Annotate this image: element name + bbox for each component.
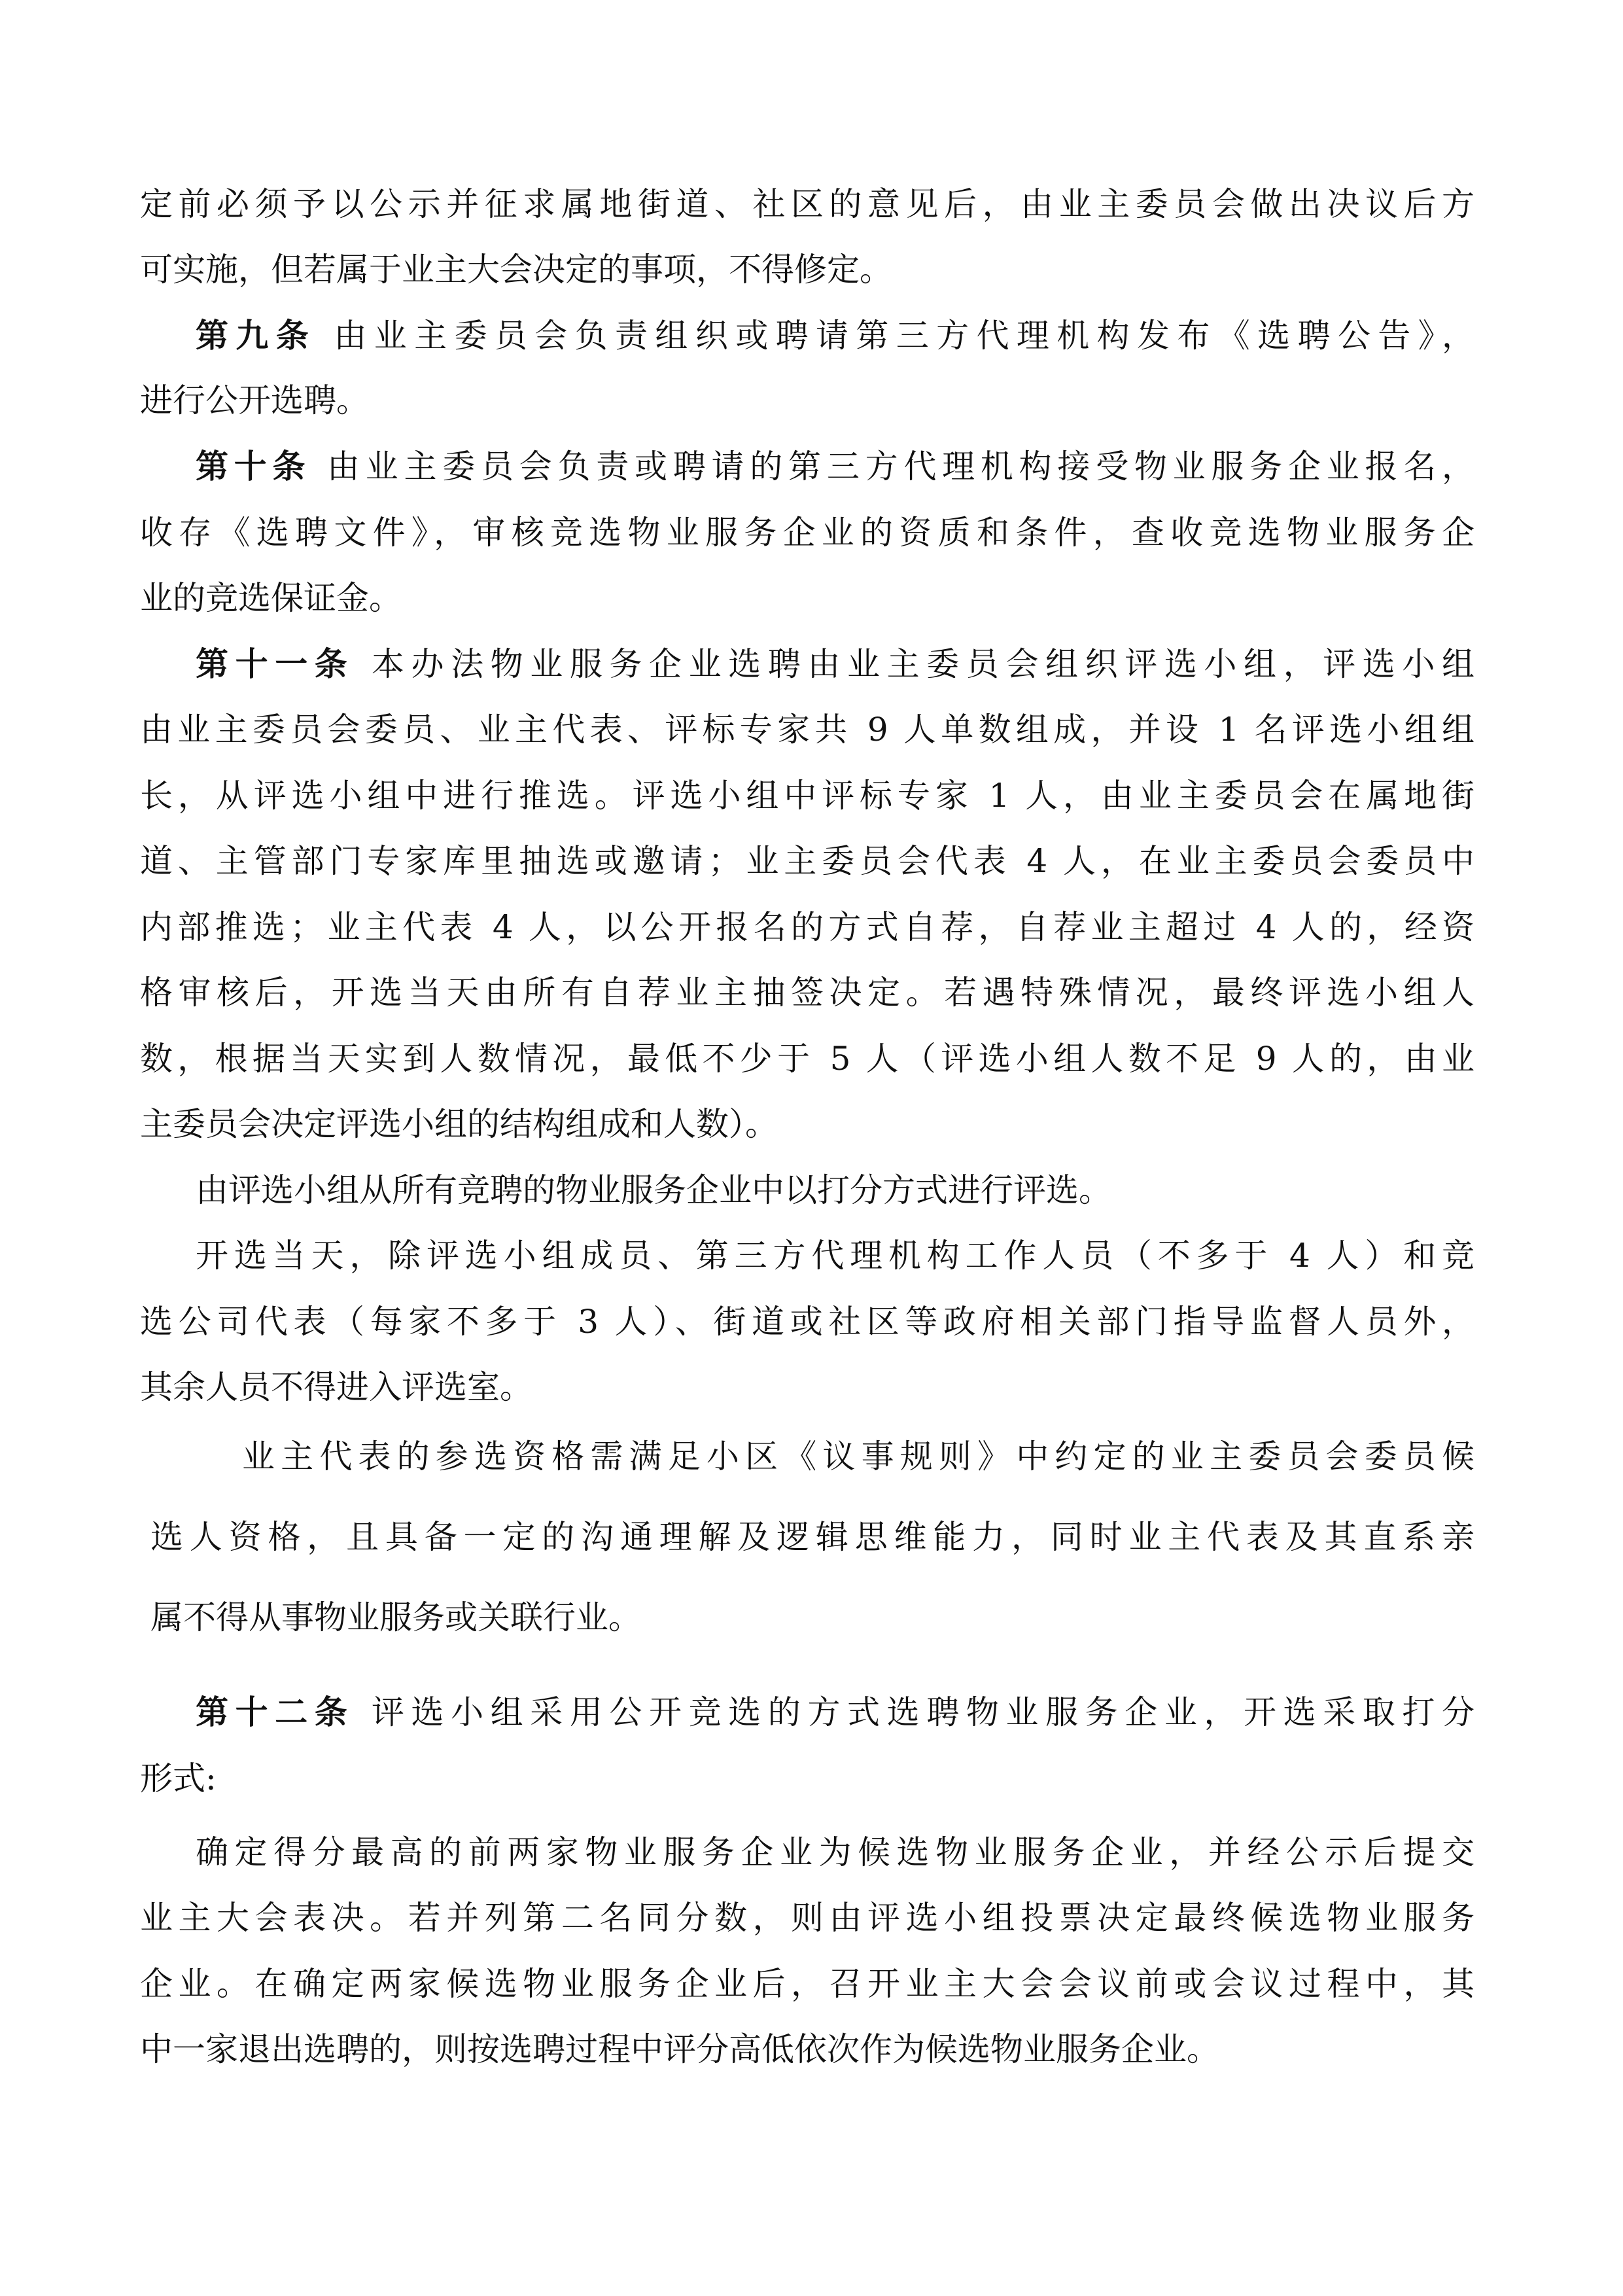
text-line: 长，从评选小组中进行推选。评选小组中评标专家 1 人，由业主委员会在属地街 [140, 769, 1475, 822]
text-line: 选人资格，且具备一定的沟通理解及逻辑思维能力，同时业主代表及其直系亲 [150, 1511, 1475, 1563]
text-line: 由业主委员会委员、业主代表、评标专家共 9 人单数组成，并设 1 名评选小组组 [140, 703, 1475, 756]
text-line: 主委员会决定评选小组的结构组成和人数）。 [140, 1098, 1475, 1150]
article-heading: 第十一条 [196, 645, 354, 683]
text-line: 企业。在确定两家候选物业服务企业后，召开业主大会会议前或会议过程中，其 [140, 1958, 1475, 2010]
article-text: 本办法物业服务企业选聘由业主委员会组织评选小组，评选小组 [354, 645, 1475, 683]
article-9-line: 第九条 由业主委员会负责组织或聘请第三方代理机构发布《选聘公告》， [196, 309, 1475, 362]
article-12-line: 第十二条 评选小组采用公开竞选的方式选聘物业服务企业，开选采取打分 [196, 1686, 1475, 1739]
text-line: 业的竞选保证金。 [140, 572, 1475, 624]
text-line: 其余人员不得进入评选室。 [140, 1361, 1475, 1413]
text-line: 数，根据当天实到人数情况，最低不少于 5 人（评选小组人数不足 9 人的，由业 [140, 1033, 1475, 1085]
text-line: 格审核后，开选当天由所有自荐业主抽签决定。若遇特殊情况，最终评选小组人 [140, 966, 1475, 1019]
document-page: 定前必须予以公示并征求属地街道、社区的意见后，由业主委员会做出决议后方 可实施，… [0, 0, 1623, 2296]
article-text: 评选小组采用公开竞选的方式选聘物业服务企业，开选采取打分 [354, 1693, 1475, 1731]
article-heading: 第十条 [196, 447, 311, 486]
text-line: 选公司代表（每家不多于 3 人）、街道或社区等政府相关部门指导监督人员外， [140, 1296, 1475, 1348]
article-text: 由业主委员会负责或聘请的第三方代理机构接受物业服务企业报名， [311, 448, 1475, 486]
text-line: 可实施，但若属于业主大会决定的事项，不得修定。 [140, 243, 1475, 296]
text-line: 定前必须予以公示并征求属地街道、社区的意见后，由业主委员会做出决议后方 [140, 178, 1475, 230]
article-text: 由业主委员会负责组织或聘请第三方代理机构发布《选聘公告》， [316, 317, 1475, 355]
text-line: 形式: [140, 1752, 1475, 1805]
text-line: 中一家退出选聘的，则按选聘过程中评分高低依次作为候选物业服务企业。 [140, 2023, 1475, 2075]
text-line: 开选当天，除评选小组成员、第三方代理机构工作人员（不多于 4 人）和竞 [196, 1229, 1475, 1282]
article-heading: 第十二条 [196, 1693, 354, 1731]
text-line: 业主代表的参选资格需满足小区《议事规则》中约定的业主委员会委员候 [242, 1430, 1475, 1483]
text-line: 由评选小组从所有竞聘的物业服务企业中以打分方式进行评选。 [196, 1164, 1475, 1216]
text-line: 内部推选；业主代表 4 人，以公开报名的方式自荐，自荐业主超过 4 人的，经资 [140, 901, 1475, 953]
text-line: 道、主管部门专家库里抽选或邀请；业主委员会代表 4 人，在业主委员会委员中 [140, 835, 1475, 887]
text-line: 确定得分最高的前两家物业服务企业为候选物业服务企业，并经公示后提交 [196, 1826, 1475, 1879]
article-heading: 第九条 [196, 316, 316, 355]
text-line: 属不得从事物业服务或关联行业。 [150, 1591, 1485, 1644]
text-line: 进行公开选聘。 [140, 374, 1475, 427]
article-10-line: 第十条 由业主委员会负责或聘请的第三方代理机构接受物业服务企业报名， [196, 440, 1475, 493]
article-11-line: 第十一条 本办法物业服务企业选聘由业主委员会组织评选小组，评选小组 [196, 638, 1475, 690]
text-line: 业主大会表决。若并列第二名同分数，则由评选小组投票决定最终候选物业服务 [140, 1892, 1475, 1944]
text-line: 收存《选聘文件》，审核竞选物业服务企业的资质和条件，查收竞选物业服务企 [140, 506, 1475, 559]
